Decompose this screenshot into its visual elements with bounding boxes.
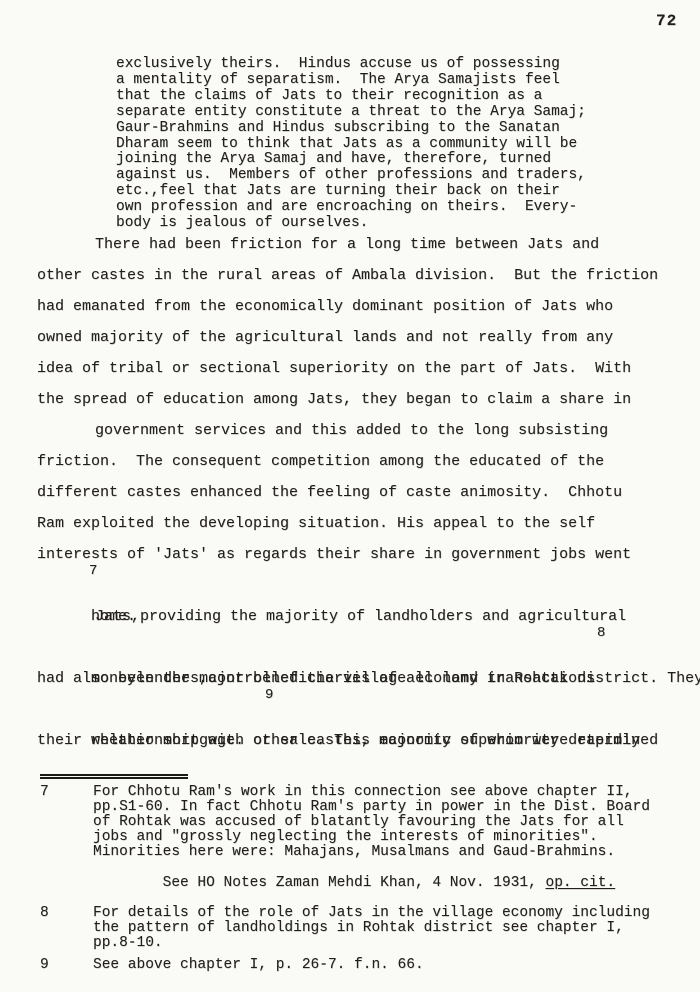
footnote-line: pp.S1-60. In fact Chhotu Ram's party in … [93,800,650,815]
footnote-line: the pattern of landholdings in Rohtak di… [93,921,650,936]
quote-line: against us. Members of other professions… [116,168,586,184]
footnote-line: jobs and "grossly neglecting the interes… [93,830,650,845]
footnote-number: 7 [40,785,49,800]
footnote-ref-7: 7 [89,556,97,587]
footnote-ref-8: 8 [597,618,605,649]
footnote-9: 9 See above chapter I, p. 26-7. f.n. 66. [40,958,650,973]
quote-line: that the claims of Jats to their recogni… [116,89,586,105]
body-text: There had been friction for a long time … [37,229,700,756]
body-line: their relationship with other castes, ma… [37,725,700,756]
footnote-line: Minorities here were: Mahajans, Musalman… [93,845,650,860]
body-line: friction. The consequent competition amo… [37,446,700,477]
body-line: had emanated from the economically domin… [37,291,700,322]
body-line: 9whether mortgage. or sale. This economi… [37,694,700,725]
footnotes: 7 For Chhotu Ram's work in this connecti… [40,785,650,973]
quote-line: separate entity constitute a threat to t… [116,105,586,121]
body-line: different castes enhanced the feeling of… [37,477,700,508]
quote-line: a mentality of separatism. The Arya Sama… [116,73,586,89]
page-number: 72 [656,12,677,30]
footnote-line: For details of the role of Jats in the v… [93,906,650,921]
footnote-number: 9 [40,958,49,973]
scanned-document-page: 72 exclusively theirs. Hindus accuse us … [0,0,700,992]
quote-line: etc.,feel that Jats are turning their ba… [116,184,586,200]
footnote-line: of Rohtak was accused of blatantly favou… [93,815,650,830]
body-line: 8moneylenders,controlled the village eco… [37,632,700,663]
quote-line: exclusively theirs. Hindus accuse us of … [116,57,586,73]
quote-line: own profession and are encroaching on th… [116,200,586,216]
footnote-ref-9: 9 [265,680,273,711]
footnote-7: 7 For Chhotu Ram's work in this connecti… [40,785,650,906]
footnote-8: 8 For details of the role of Jats in the… [40,906,650,951]
body-line: interests of 'Jats' as regards their sha… [37,539,700,570]
body-line: owned majority of the agricultural lands… [37,322,700,353]
footnote-line: For Chhotu Ram's work in this connection… [93,785,650,800]
quote-line: Dharam seem to think that Jats as a comm… [116,137,586,153]
footnote-line-text: See HO Notes Zaman Mehdi Khan, 4 Nov. 19… [163,875,546,891]
body-line: had also been the major beneficiaries of… [37,663,700,694]
body-line: 7home. [37,570,700,601]
footnote-line: See HO Notes Zaman Mehdi Khan, 4 Nov. 19… [93,860,650,905]
body-line: Ram exploited the developing situation. … [37,508,700,539]
op-cit-underlined: op. cit. [546,875,616,891]
footnote-line: pp.8-10. [93,936,650,951]
block-quote: exclusively theirs. Hindus accuse us of … [116,57,586,232]
body-line: the spread of education among Jats, they… [37,384,700,415]
quote-line: Gaur-Brahmins and Hindus subscribing to … [116,121,586,137]
body-line: other castes in the rural areas of Ambal… [37,260,700,291]
footnote-number: 8 [40,906,49,921]
body-line: government services and this added to th… [37,415,700,446]
body-line: There had been friction for a long time … [37,229,700,260]
quote-line: joining the Arya Samaj and have, therefo… [116,152,586,168]
footnote-separator-rule [40,774,188,779]
body-line: idea of tribal or sectional superiority … [37,353,700,384]
footnote-line: See above chapter I, p. 26-7. f.n. 66. [93,958,650,973]
